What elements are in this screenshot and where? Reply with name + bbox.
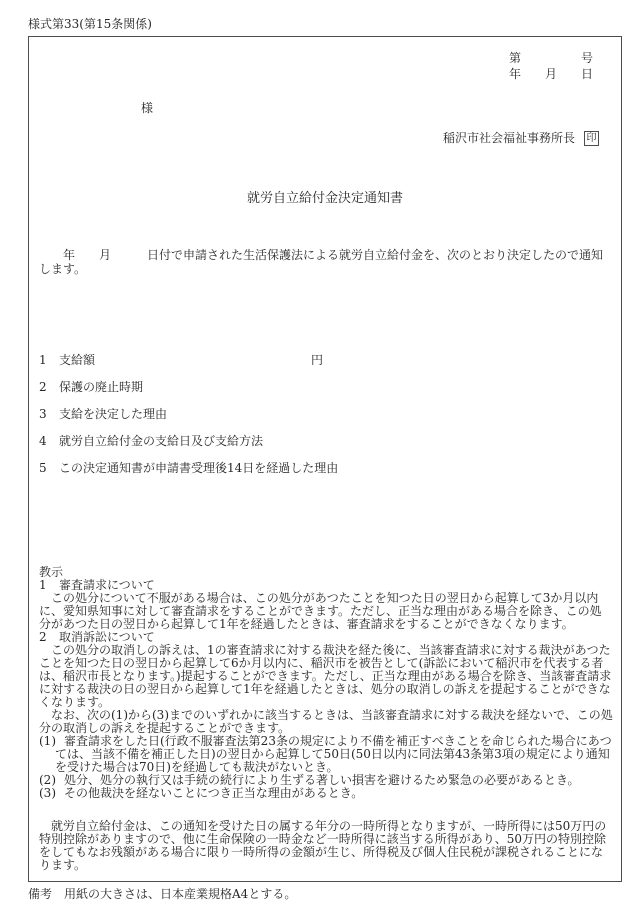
appeal-instructions-block: 教示 1審査請求について この処分について不服がある場合は、この処分があつたこと…	[39, 566, 613, 800]
item-number: 3	[39, 407, 59, 421]
item-number: 2	[39, 380, 59, 394]
item-label: この決定通知書が申請書受理後14日を経過した理由	[59, 461, 338, 475]
subitem-3: (3)その他裁決を経ないことにつき正当な理由があるとき。	[39, 787, 613, 800]
remarks-label: 備考	[28, 887, 52, 901]
subitem-text: その他裁決を経ないことにつき正当な理由があるとき。	[64, 786, 363, 800]
remarks-text: 用紙の大きさは、日本産業規格A4とする。	[64, 887, 296, 901]
list-item-delay-reason: 5この決定通知書が申請書受理後14日を経過した理由	[39, 461, 613, 475]
sender-line: 稲沢市社会福祉事務所長印	[29, 130, 621, 147]
tax-note-paragraph: 就労自立給付金は、この通知を受けた日の属する年分の一時所得となりますが、一時所得…	[39, 820, 613, 872]
section-title: 審査請求について	[59, 578, 155, 592]
subitem-text: 処分、処分の執行又は手続の続行により生ずる著しい損害を避けるため緊急の必要がある…	[64, 773, 580, 787]
sender-name: 稲沢市社会福祉事務所長	[443, 131, 575, 145]
section2-body-2: なお、次の(1)から(3)までのいずれかに該当するときは、当該審査請求に対する裁…	[39, 709, 613, 735]
intro-paragraph: 年 月 日付で申請された生活保護法による就労自立給付金を、次のとおり決定したので…	[39, 248, 613, 276]
addressee-honorific: 様	[141, 100, 621, 116]
section-title: 取消訴訟について	[59, 630, 155, 644]
item-label: 保護の廃止時期	[59, 380, 143, 394]
item-label: 就労自立給付金の支給日及び支給方法	[59, 434, 263, 448]
section2-body-1: この処分の取消しの訴えは、1の審査請求に対する裁決を経た後に、当該審査請求に対す…	[39, 644, 613, 709]
subitem-text: 審査請求をした日(行政不服審査法第23条の規定により不備を補正すべきことを命じら…	[55, 734, 612, 774]
document-title: 就労自立給付金決定通知書	[29, 191, 621, 207]
remarks-line: 備考用紙の大きさは、日本産業規格A4とする。	[28, 886, 296, 902]
item-label: 支給を決定した理由	[59, 407, 167, 421]
currency-unit-label: 円	[311, 353, 323, 367]
subitem-number: (3)	[39, 786, 56, 800]
document-date-line: 年 月 日	[29, 66, 621, 82]
list-item-reason: 3支給を決定した理由	[39, 407, 613, 421]
subitem-number: (2)	[39, 773, 56, 787]
item-number: 4	[39, 434, 59, 448]
section1-body: この処分について不服がある場合は、この処分があつたことを知つた日の翌日から起算し…	[39, 592, 613, 631]
list-item-payment-method: 4就労自立給付金の支給日及び支給方法	[39, 434, 613, 448]
list-item-amount: 1支給額円	[39, 353, 613, 367]
subitem-1: (1)審査請求をした日(行政不服審査法第23条の規定により不備を補正すべきことを…	[39, 735, 613, 774]
item-number: 1	[39, 353, 59, 367]
document-number-line: 第 号	[29, 50, 621, 66]
list-item-protection-end: 2保護の廃止時期	[39, 380, 613, 394]
decision-item-list: 1支給額円 2保護の廃止時期 3支給を決定した理由 4就労自立給付金の支給日及び…	[29, 353, 621, 475]
item-number: 5	[39, 461, 59, 475]
subitem-number: (1)	[39, 734, 56, 748]
item-label: 支給額	[59, 353, 95, 367]
document-frame: 第 号 年 月 日 様 稲沢市社会福祉事務所長印 就労自立給付金決定通知書 年 …	[28, 36, 622, 882]
seal-placeholder-icon: 印	[584, 131, 599, 146]
form-number-label: 様式第33(第15条関係)	[28, 16, 152, 32]
